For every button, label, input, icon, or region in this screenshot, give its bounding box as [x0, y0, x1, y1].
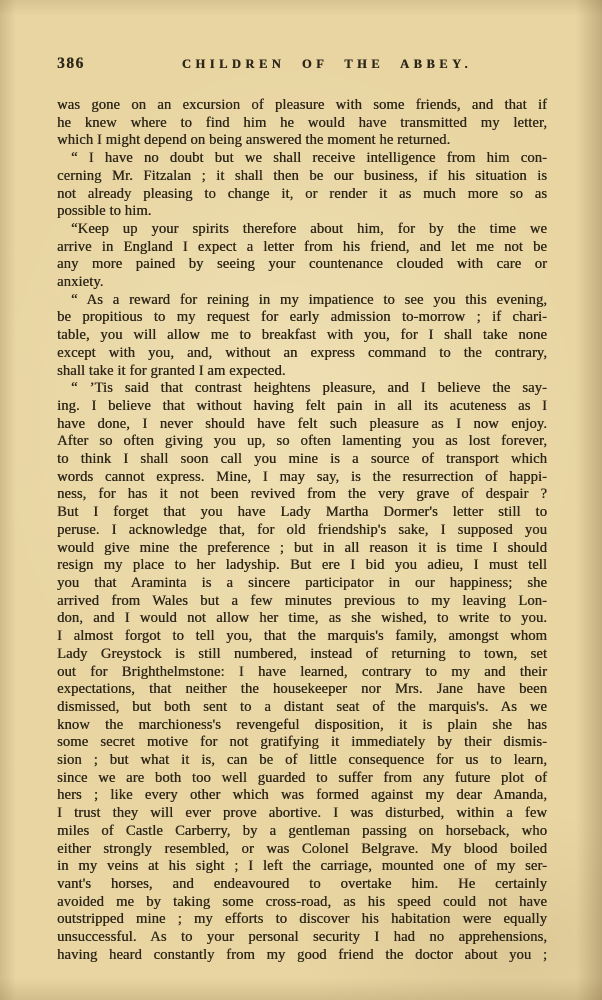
text-line: not already pleasing to change it, or re… — [57, 186, 547, 204]
text-line: resign my place to her ladyship. But ere… — [57, 557, 547, 575]
paragraph: “ I have no doubt but we shall receive i… — [57, 150, 547, 221]
text-line: I almost forgot to tell you, that the ma… — [57, 628, 547, 646]
text-line: out for Brighthelmstone: I have learned,… — [57, 664, 547, 682]
text-line: ing. I believe that without having felt … — [57, 398, 547, 416]
text-line: “Keep up your spirits therefore about hi… — [57, 221, 547, 239]
text-line: be propitious to my request for early ad… — [57, 309, 547, 327]
text-line: After so often giving you up, so often l… — [57, 433, 547, 451]
text-line: “ I have no doubt but we shall receive i… — [57, 150, 547, 168]
text-line: hers ; like every other which was formed… — [57, 787, 547, 805]
text-line: anxiety. — [57, 274, 547, 292]
text-line: don, and I would not allow her time, as … — [57, 610, 547, 628]
page-number: 386 — [57, 55, 85, 73]
book-page: 386 CHILDREN OF THE ABBEY. was gone on a… — [0, 0, 602, 1000]
text-line: either strongly resembled, or was Colone… — [57, 841, 547, 859]
text-line: “ As a reward for reining in my impatien… — [57, 292, 547, 310]
text-line: some secret motive for not gratifying it… — [57, 734, 547, 752]
text-line: he knew where to find him he would have … — [57, 115, 547, 133]
text-line: words cannot express. Mine, I may say, i… — [57, 469, 547, 487]
text-line: cerning Mr. Fitzalan ; it shall then be … — [57, 168, 547, 186]
paragraph: was gone on an excursion of pleasure wit… — [57, 97, 547, 150]
text-line: sion ; but what it is, can be of little … — [57, 752, 547, 770]
text-line: arrived from Wales but a few minutes pre… — [57, 593, 547, 611]
text-line: having heard constantly from my good fri… — [57, 947, 547, 965]
text-line: was gone on an excursion of pleasure wit… — [57, 97, 547, 115]
text-line: in my veins at his sight ; I left the ca… — [57, 858, 547, 876]
text-line: vant's horses, and endeavoured to overta… — [57, 876, 547, 894]
text-line: would give mine the preference ; but in … — [57, 540, 547, 558]
text-line: “ ’Tis said that contrast heightens plea… — [57, 380, 547, 398]
text-line: I trust they will ever prove abortive. I… — [57, 805, 547, 823]
text-line: know the marchioness's revengeful dispos… — [57, 717, 547, 735]
text-line: peruse. I acknowledge that, for old frie… — [57, 522, 547, 540]
text-line: which I might depend on being answered t… — [57, 132, 547, 150]
paragraph: “ ’Tis said that contrast heightens plea… — [57, 380, 547, 964]
text-line: dismissed, but both sent to a distant se… — [57, 699, 547, 717]
text-line: table, you will allow me to breakfast wi… — [57, 327, 547, 345]
text-line: since we are both too well guarded to su… — [57, 770, 547, 788]
text-line: except with you, and, without an express… — [57, 345, 547, 363]
text-line: shall take it for granted I am expected. — [57, 363, 547, 381]
text-line: Lady Greystock is still numbered, instea… — [57, 646, 547, 664]
text-line: expectations, that neither the housekeep… — [57, 681, 547, 699]
paragraph: “ As a reward for reining in my impatien… — [57, 292, 547, 381]
text-line: you that Araminta is a sincere participa… — [57, 575, 547, 593]
text-line: unsuccessful. As to your personal securi… — [57, 929, 547, 947]
text-line: arrive in England I expect a letter from… — [57, 239, 547, 257]
text-line: outstripped mine ; my efforts to discove… — [57, 911, 547, 929]
page-body: was gone on an excursion of pleasure wit… — [57, 97, 547, 964]
text-line: any more pained by seeing your countenan… — [57, 256, 547, 274]
running-title: CHILDREN OF THE ABBEY. — [137, 57, 517, 72]
running-head: 386 CHILDREN OF THE ABBEY. — [57, 55, 547, 77]
text-line: have done, I never should have felt such… — [57, 416, 547, 434]
text-line: to think I shall soon call you mine is a… — [57, 451, 547, 469]
paragraph: “Keep up your spirits therefore about hi… — [57, 221, 547, 292]
text-line: avoided me by taking some cross-road, as… — [57, 894, 547, 912]
text-line: But I forget that you have Lady Martha D… — [57, 504, 547, 522]
text-line: possible to him. — [57, 203, 547, 221]
text-line: miles of Castle Carberry, by a gentleman… — [57, 823, 547, 841]
text-line: ness, for has it not been revived from t… — [57, 486, 547, 504]
